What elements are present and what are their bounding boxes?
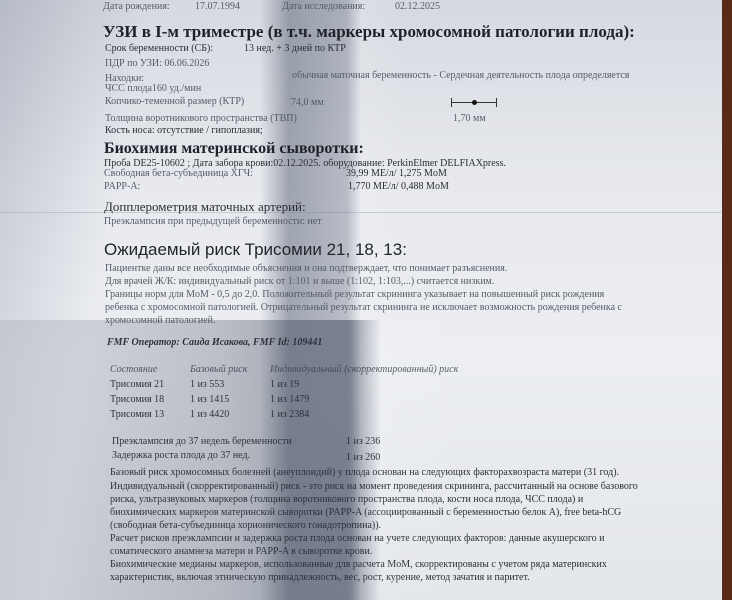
heart-rate: ЧСС плода160 уд./мин — [105, 83, 201, 94]
fgr-label: Задержка роста плода до 37 нед. — [112, 450, 250, 461]
risk-table-header: Состояние Базовый риск Индивидуальный (с… — [110, 362, 470, 377]
ultrasound-title: УЗИ в I-м триместре (в т.ч. маркеры хром… — [103, 22, 635, 42]
base-risk: 1 из 4420 — [190, 407, 270, 422]
base-risk: 1 из 553 — [190, 377, 270, 392]
nasal-bone: Кость носа: отсутствие / гипоплазия; — [105, 125, 263, 136]
note-line: Базовый риск хромосомных болезней (анеуп… — [110, 467, 619, 478]
preeclampsia-value: 1 из 236 — [346, 436, 380, 447]
header-individual-risk: Индивидуальный (скорректированный) риск — [270, 362, 470, 377]
risk-explanation: Пациентке даны все необходимые объяснени… — [105, 263, 507, 274]
note-line: Биохимические медианы маркеров, использо… — [110, 559, 607, 570]
nt-range-marker — [451, 98, 497, 106]
fmf-operator: FMF Оператор: Саида Исакова, FMF Id: 109… — [107, 337, 322, 348]
hcg-value: 39,99 МЕ/л/ 1,275 MoM — [346, 168, 447, 179]
individual-risk: 1 из 1479 — [270, 392, 470, 407]
birth-date: 17.07.1994 — [195, 1, 240, 12]
findings-value: обычная маточная беременность - Сердечна… — [292, 70, 629, 81]
individual-risk: 1 из 19 — [270, 377, 470, 392]
table-row: Трисомия 18 1 из 1415 1 из 1479 — [110, 392, 470, 407]
table-row: Трисомия 13 1 из 4420 1 из 2384 — [110, 407, 470, 422]
pappa-label: PAPP-A: — [104, 181, 140, 192]
exam-date: 02.12.2025 — [395, 1, 440, 12]
note-line: соматического анамнеза матери и PAPP-A в… — [110, 546, 372, 557]
gestational-age-label: Срок беременности (СБ): — [105, 43, 213, 54]
header-base-risk: Базовый риск — [190, 362, 270, 377]
risk-threshold-note: Для врачей Ж/К: индивидуальный риск от 1… — [105, 276, 494, 287]
mom-norms-line1: Границы норм для MoM - 0,5 до 2,0. Полож… — [105, 289, 604, 300]
fgr-value: 1 из 260 — [346, 452, 380, 463]
note-line: характеристик, включая этническую принад… — [110, 572, 530, 583]
preeclampsia-history: Преэклампсия при предыдущей беременности… — [104, 216, 322, 227]
note-line: биохимических маркеров материнской сывор… — [110, 507, 621, 518]
condition: Трисомия 13 — [110, 407, 190, 422]
header-condition: Состояние — [110, 362, 190, 377]
nt-label: Толщина воротникового пространства (ТВП) — [105, 113, 297, 124]
individual-risk: 1 из 2384 — [270, 407, 470, 422]
doppler-title: Допплерометрия маточных артерий: — [104, 199, 306, 215]
note-line: риска, ультразвуковых маркеров (толщина … — [110, 494, 583, 505]
table-row: Трисомия 21 1 из 553 1 из 19 — [110, 377, 470, 392]
note-line: Расчет рисков преэклампсии и задержка ро… — [110, 533, 605, 544]
exam-date-label: Дата исследования: — [282, 1, 365, 12]
gestational-age: 13 нед. + 3 дней по КТР — [244, 43, 346, 54]
base-risk: 1 из 1415 — [190, 392, 270, 407]
risk-title: Ожидаемый риск Трисомии 21, 18, 13: — [104, 240, 407, 260]
pappa-value: 1,770 МЕ/л/ 0,488 MoM — [348, 181, 449, 192]
birth-date-label: Дата рождения: — [103, 1, 170, 12]
biochemistry-title: Биохимия материнской сыворотки: — [104, 140, 364, 158]
hcg-label: Свободная бета-субъединица ХГЧ: — [104, 168, 253, 179]
crl-label: Копчико-теменной размер (КТР) — [105, 96, 244, 107]
due-date: ПДР по УЗИ: 06.06.2026 — [105, 58, 209, 69]
nt-value: 1,70 мм — [453, 113, 486, 124]
preeclampsia-label: Преэклампсия до 37 недель беременности — [112, 436, 292, 447]
risk-table: Состояние Базовый риск Индивидуальный (с… — [110, 362, 470, 422]
crl-value: 74,0 мм — [291, 97, 324, 108]
mom-norms-line3: хромосомной патологией. — [105, 315, 216, 326]
note-line: (свободная бета-субъединица хорионическо… — [110, 520, 381, 531]
mom-norms-line2: ребенка с хромосомной патологией. Отрица… — [105, 302, 622, 313]
condition: Трисомия 21 — [110, 377, 190, 392]
condition: Трисомия 18 — [110, 392, 190, 407]
note-line: Индивидуальный (скорректированный) риск … — [110, 481, 638, 492]
